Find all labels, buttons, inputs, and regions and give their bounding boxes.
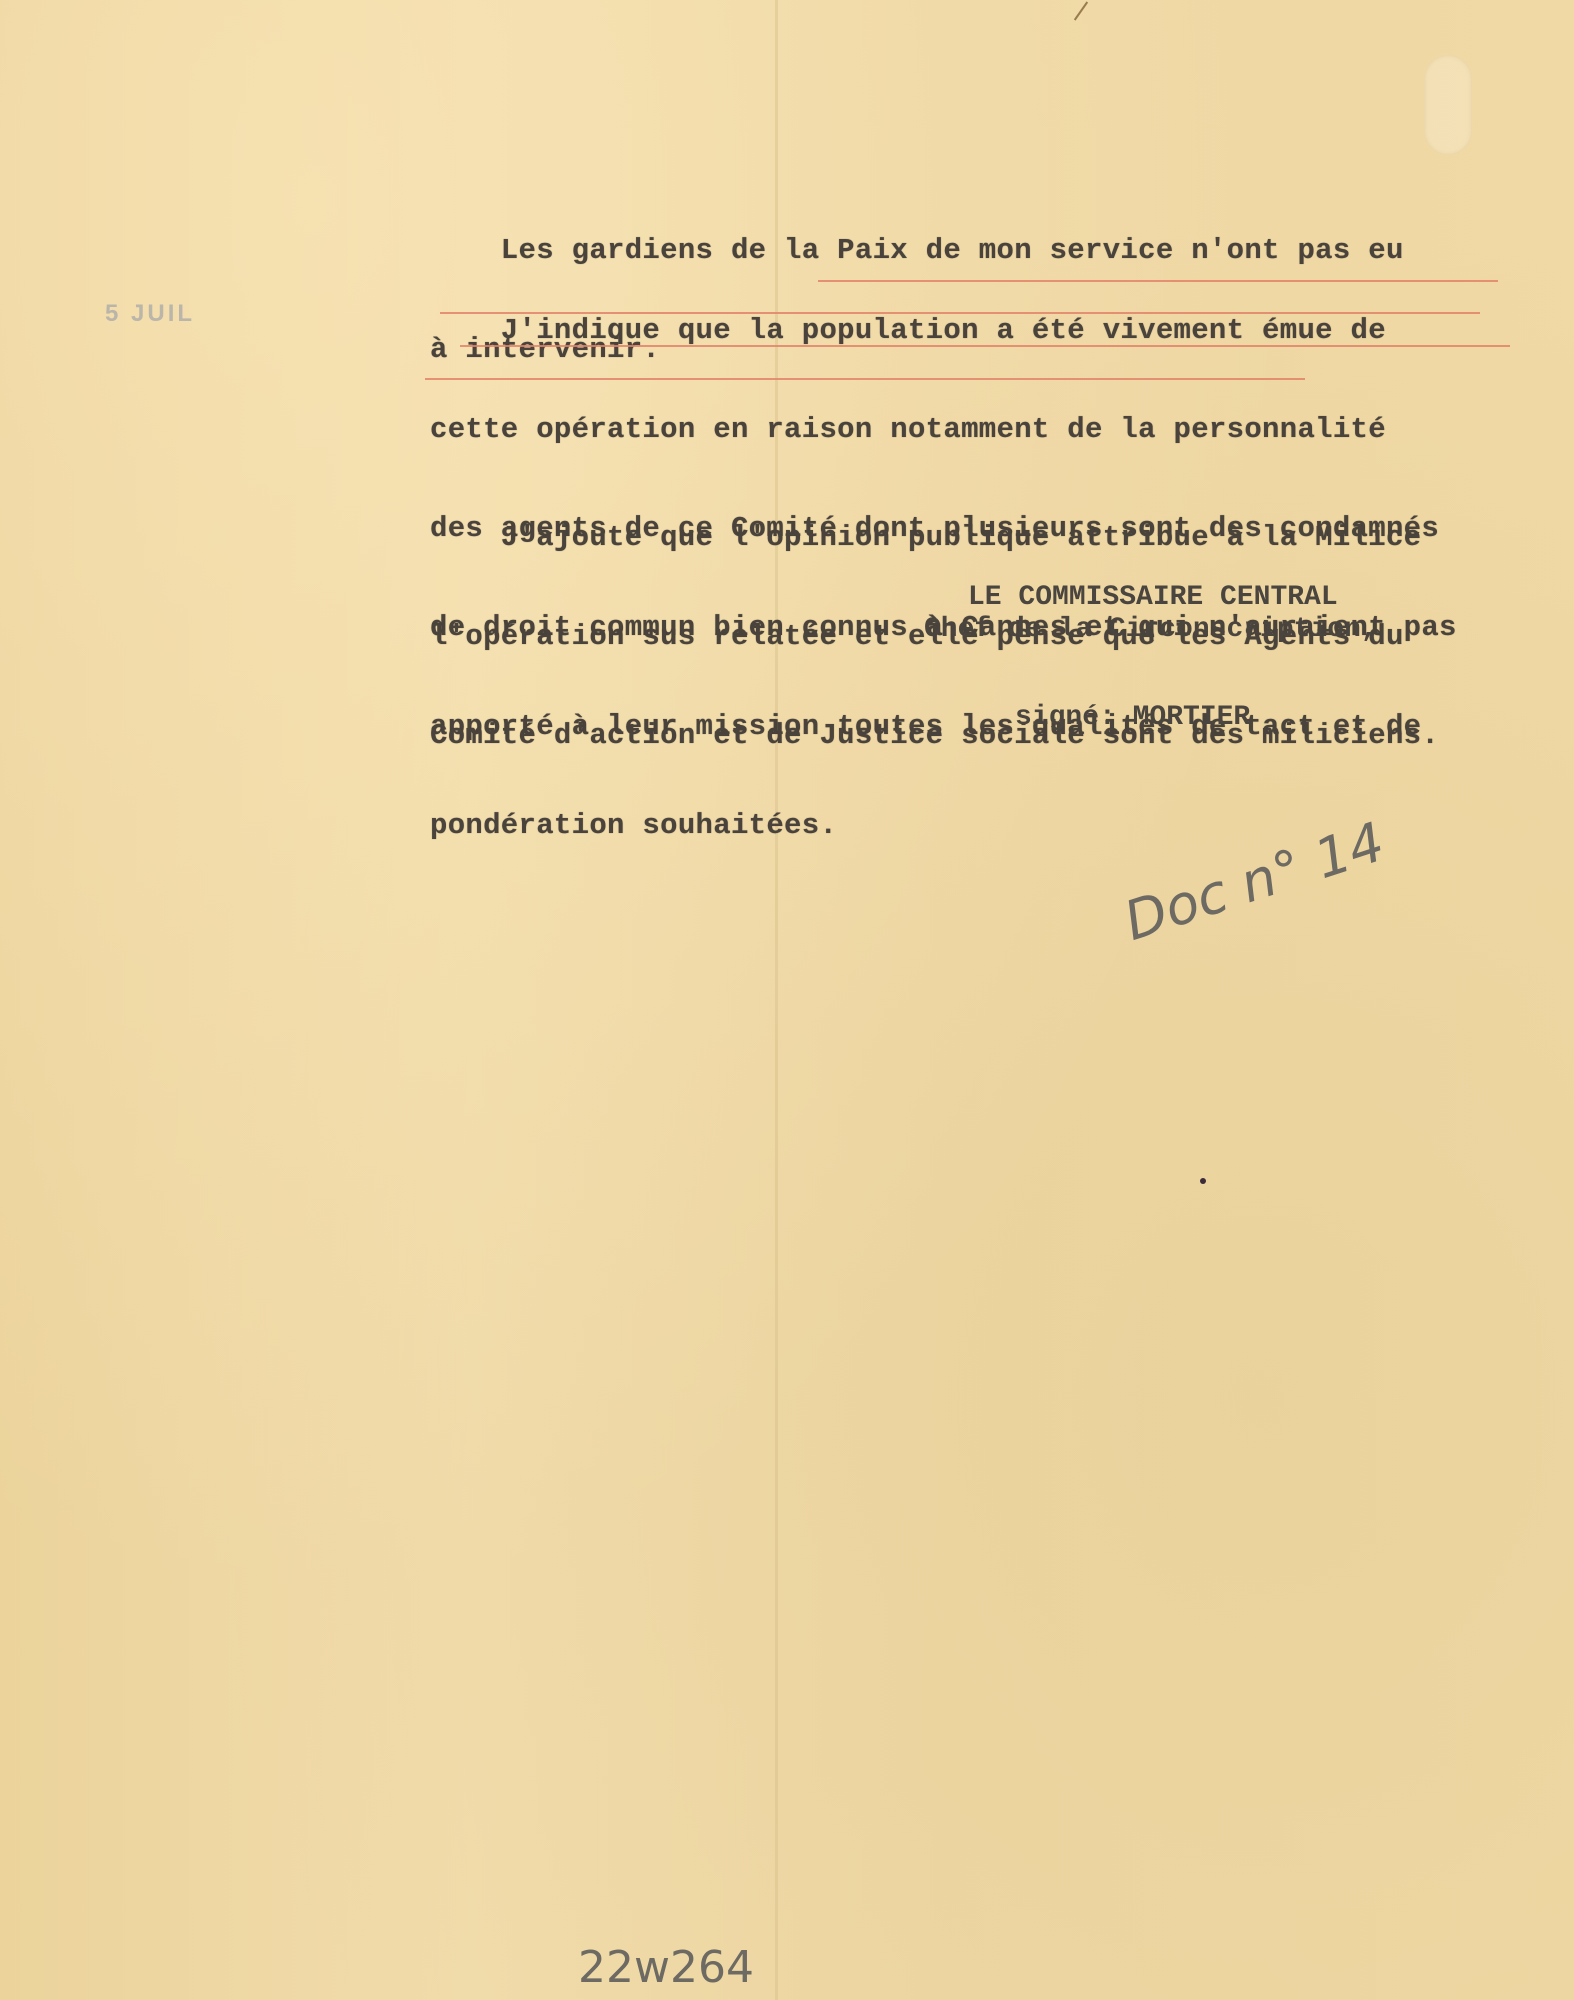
text-line: J'ajoute que l'opinion publique attribue… [430, 521, 1550, 554]
paper-dent [1424, 55, 1472, 155]
text-line: Comité d'action et de Justice sociale so… [430, 719, 1550, 752]
signature-signed: signé: MORTIER [1015, 702, 1250, 733]
red-underline [818, 280, 1498, 282]
text-line: cette opération en raison notamment de l… [430, 413, 1550, 446]
handwritten-archive-ref: 22w264 [578, 1942, 754, 1993]
text-line: J'indique que la population a été viveme… [430, 314, 1550, 347]
red-underline [460, 345, 1510, 347]
signature-title: LE COMMISSAIRE CENTRAL [968, 582, 1338, 613]
faded-date-stamp: 5 JUIL [105, 300, 335, 370]
red-underline [440, 312, 1480, 314]
pencil-mark [1074, 1, 1088, 20]
red-underline [425, 378, 1305, 380]
signature-subtitle: Chef de la Circonscription, [924, 614, 1378, 645]
text-line: pondération souhaitées. [430, 809, 1550, 842]
ink-dot [1200, 1178, 1206, 1184]
